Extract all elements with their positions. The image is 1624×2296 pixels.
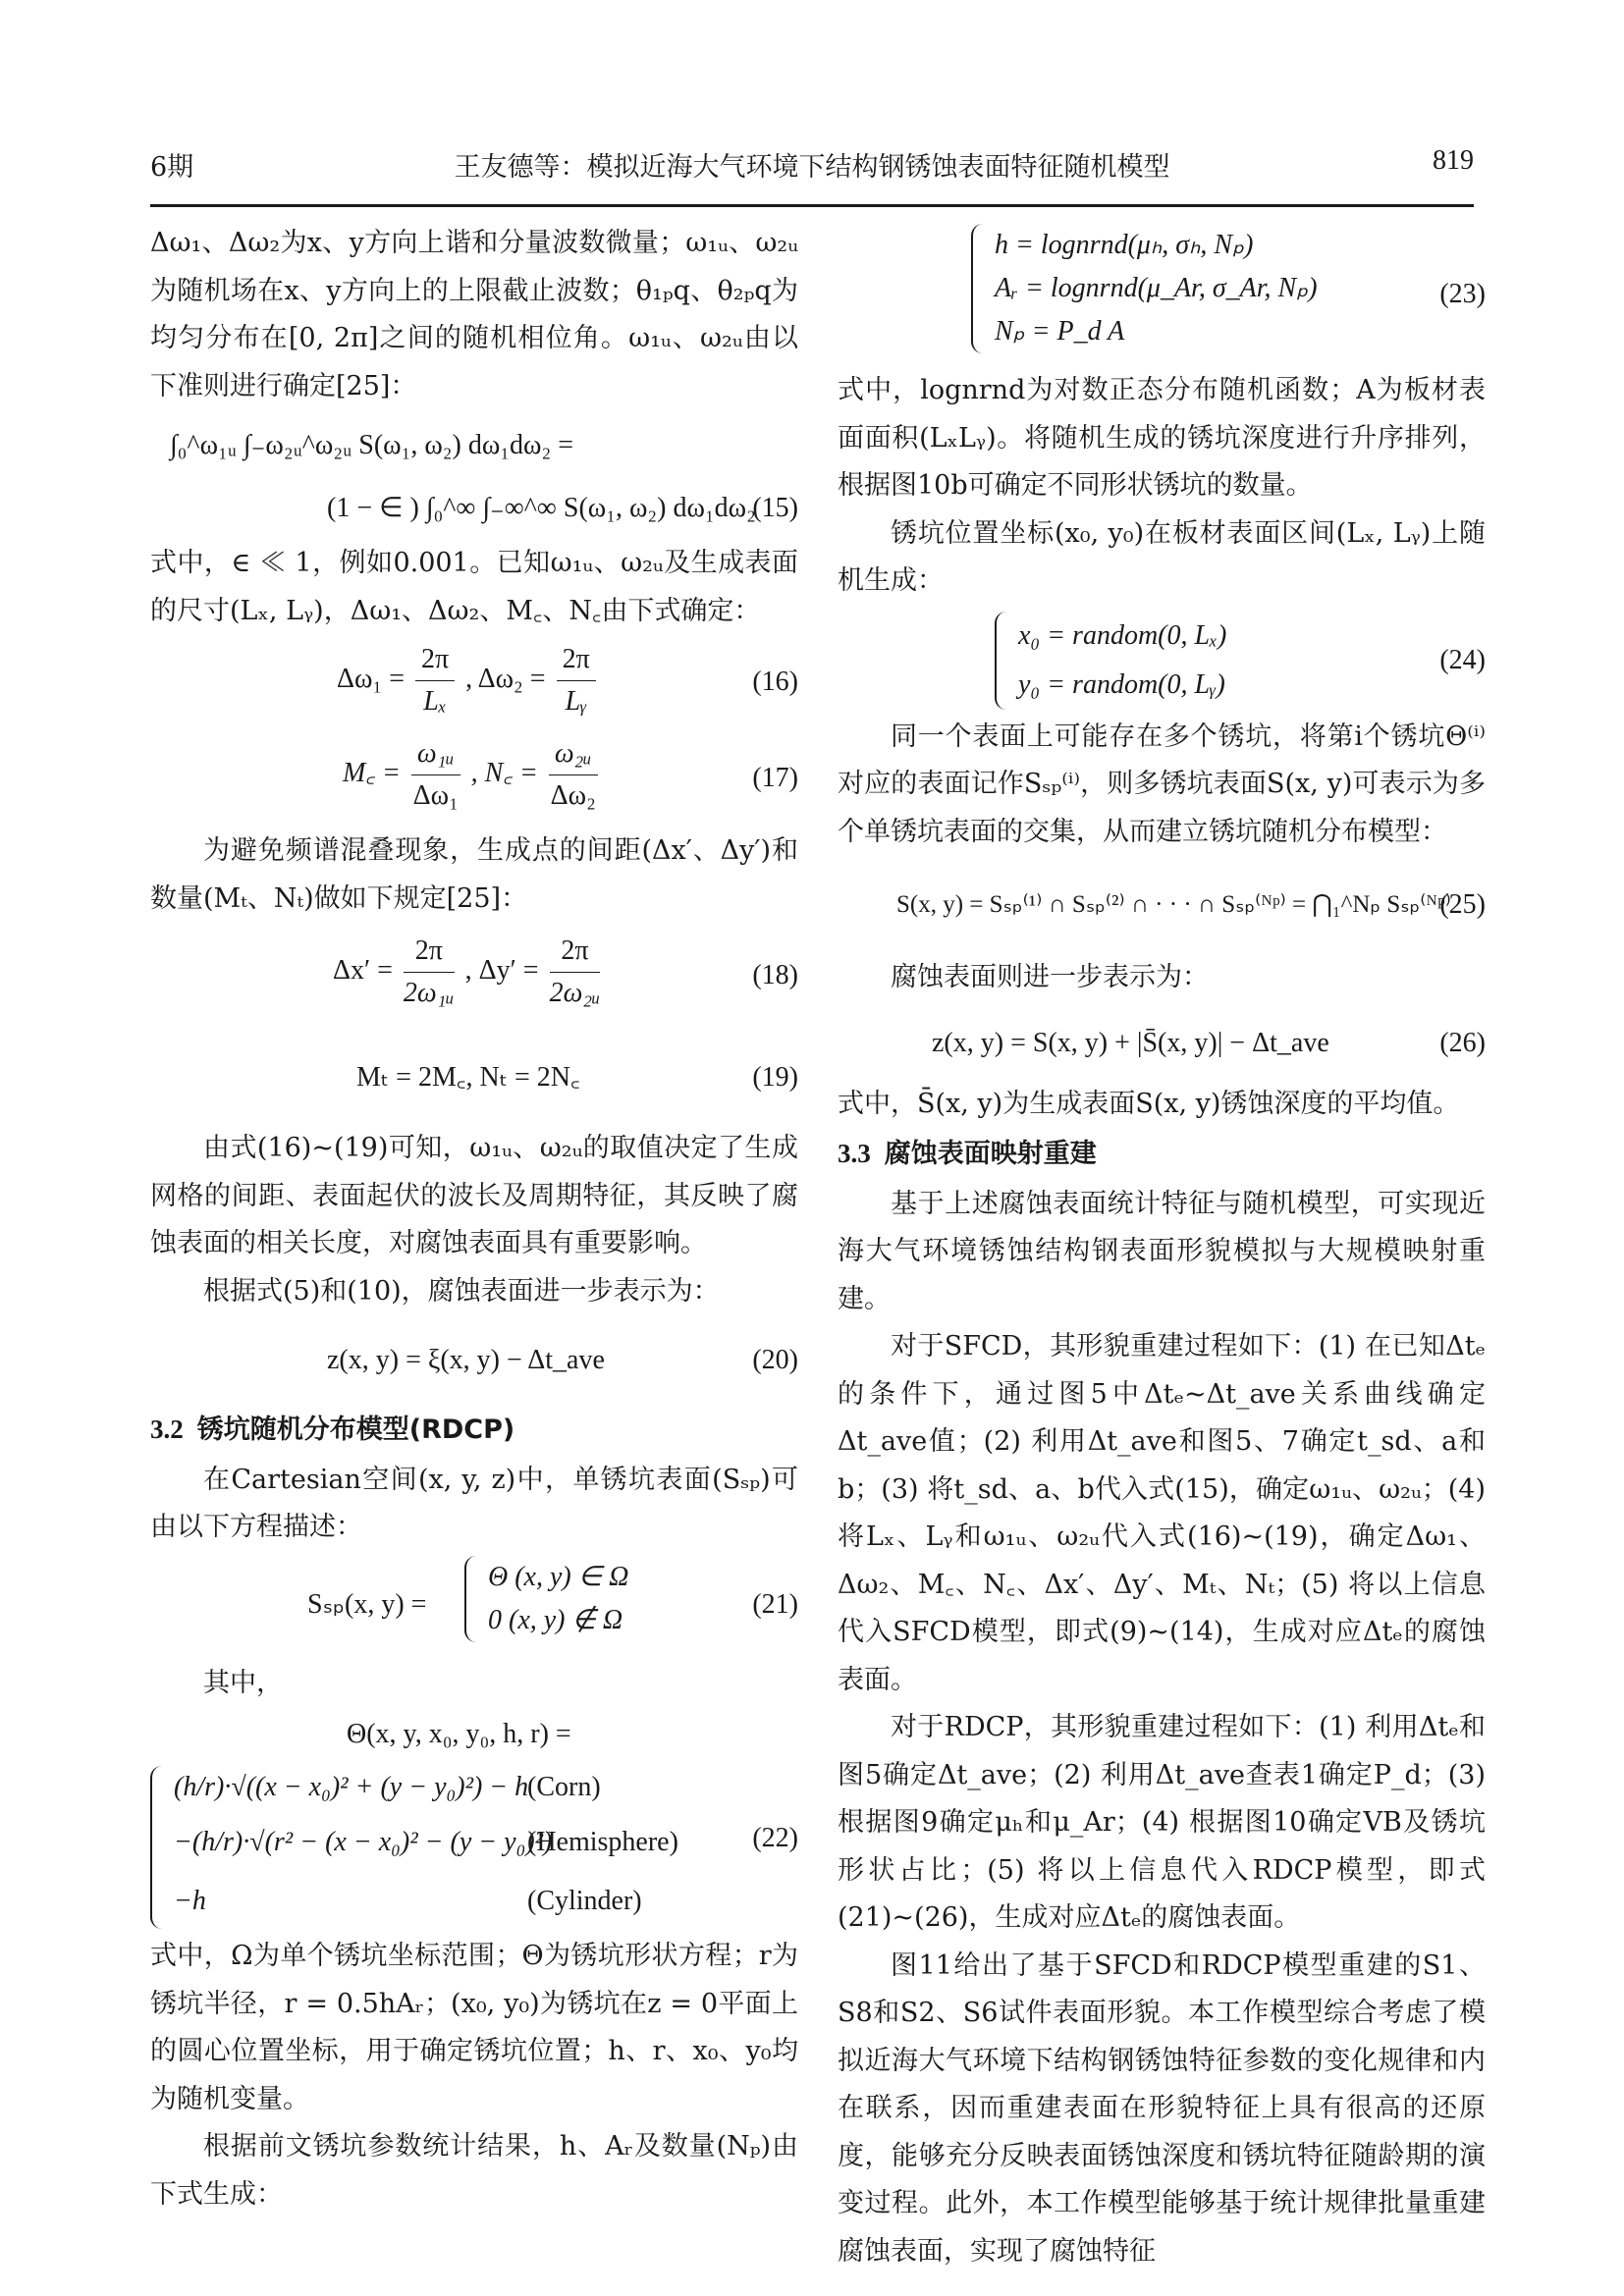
equation-number: (16) xyxy=(752,659,798,707)
section-heading-3-2: 3.2锈坑随机分布模型(RDCP) xyxy=(150,1406,798,1455)
paragraph: 根据前文锈坑参数统计结果，h、Aᵣ及数量(Nₚ)由下式生成： xyxy=(150,2123,798,2218)
section-heading-3-3: 3.3腐蚀表面映射重建 xyxy=(838,1130,1486,1179)
equation-number: (25) xyxy=(1439,881,1486,930)
equation-16: Δω₁ = 2πLₓ , Δω₂ = 2πLᵧ (16) xyxy=(150,635,798,729)
cases-brace: x₀ = random(0, Lₓ) y₀ = random(0, Lᵧ) xyxy=(995,612,1226,710)
equation-26: z(x, y) = S(x, y) + |S̄(x, y)| − Δt_ave … xyxy=(838,1002,1486,1081)
running-title: 王友德等：模拟近海大气环境下结构钢锈蚀表面特征随机模型 xyxy=(150,145,1474,184)
case-cylinder: −h (Cylinder) xyxy=(174,1880,724,1929)
paragraph: 式中，Ω为单个锈坑坐标范围；Θ为锈坑形状方程；r为锈坑半径，r = 0.5hAᵣ… xyxy=(150,1933,798,2123)
equation-21: Sₛₚ(x, y) = Θ (x, y) ∈ Ω 0 (x, y) ∉ Ω (2… xyxy=(150,1552,798,1660)
equation-number: (23) xyxy=(1439,271,1486,319)
equation-15-line1: ∫₀^ω₁ᵤ ∫₋ω₂ᵤ^ω₂ᵤ S(ω₁, ω₂) dω₁dω₂ = xyxy=(150,410,798,475)
equation-22: (h/r)·√((x − x₀)² + (y − y₀)²) − h (Corn… xyxy=(150,1766,798,1933)
cases-brace: h = lognrnd(μₕ, σₕ, Nₚ) Aᵣ = lognrnd(μ_A… xyxy=(971,224,1318,353)
paragraph: 式中，S̄(x, y)为生成表面S(x, y)锈蚀深度的平均值。 xyxy=(838,1081,1486,1129)
running-header: 6期 王友德等：模拟近海大气环境下结构钢锈蚀表面特征随机模型 819 xyxy=(150,137,1474,187)
equation-number: (17) xyxy=(752,755,798,803)
right-column: h = lognrnd(μₕ, σₕ, Nₚ) Aᵣ = lognrnd(μ_A… xyxy=(838,220,1486,2275)
equation-number: (26) xyxy=(1439,1020,1486,1068)
paragraph: 腐蚀表面则进一步表示为： xyxy=(838,954,1486,1002)
case-corn: (h/r)·√((x − x₀)² + (y − y₀)²) − h (Corn… xyxy=(174,1766,724,1821)
equation-17: M꜀ = ω₁ᵤΔω₁ , N꜀ = ω₂ᵤΔω₂ (17) xyxy=(150,729,798,828)
paragraph: 其中， xyxy=(150,1660,798,1708)
equation-number: (22) xyxy=(752,1815,798,1863)
paragraph: 锈坑位置坐标(x₀, y₀)在板材表面区间(Lₓ, Lᵧ)上随机生成： xyxy=(838,510,1486,606)
equation-number: (21) xyxy=(752,1581,798,1629)
paragraph: Δω₁、Δω₂为x、y方向上谐和分量波数微量；ω₁ᵤ、ω₂ᵤ为随机场在x、y方向… xyxy=(150,220,798,410)
equation-number: (20) xyxy=(752,1337,798,1385)
paragraph: 对于RDCP，其形貌重建过程如下：(1) 利用Δtₑ和图5确定Δt_ave；(2… xyxy=(838,1704,1486,1943)
equation-number: (18) xyxy=(752,952,798,1000)
equation-25: S(x, y) = Sₛₚ⁽¹⁾ ∩ Sₛₚ⁽²⁾ ∩ · · · ∩ Sₛₚ⁽… xyxy=(838,856,1486,954)
equation-24: x₀ = random(0, Lₓ) y₀ = random(0, Lᵧ) (2… xyxy=(838,606,1486,714)
equation-19: Mₜ = 2M꜀, Nₜ = 2N꜀ (19) xyxy=(150,1031,798,1125)
paragraph: 同一个表面上可能存在多个锈坑，将第i个锈坑Θ⁽ⁱ⁾对应的表面记作Sₛₚ⁽ⁱ⁾，则… xyxy=(838,714,1486,857)
paragraph: 根据式(5)和(10)，腐蚀表面进一步表示为： xyxy=(150,1268,798,1316)
paragraph: 对于SFCD，其形貌重建过程如下：(1) 在已知Δtₑ的条件下，通过图5中Δtₑ… xyxy=(838,1323,1486,1704)
equation-18: Δx′ = 2π2ω₁ᵤ , Δy′ = 2π2ω₂ᵤ (18) xyxy=(150,923,798,1031)
equation-number: (19) xyxy=(752,1054,798,1102)
paragraph: 基于上述腐蚀表面统计特征与随机模型，可实现近海大气环境锈蚀结构钢表面形貌模拟与大… xyxy=(838,1181,1486,1324)
left-column: Δω₁、Δω₂为x、y方向上谐和分量波数微量；ω₁ᵤ、ω₂ᵤ为随机场在x、y方向… xyxy=(150,220,798,2218)
header-rule xyxy=(150,204,1474,207)
paragraph: 由式(16)~(19)可知，ω₁ᵤ、ω₂ᵤ的取值决定了生成网格的间距、表面起伏的… xyxy=(150,1125,798,1268)
cases-brace: (h/r)·√((x − x₀)² + (y − y₀)²) − h (Corn… xyxy=(150,1766,724,1929)
equation-22-head: Θ(x, y, x₀, y₀, h, r) = xyxy=(150,1707,798,1766)
paragraph: 为避免频谱混叠现象，生成点的间距(Δx′、Δy′)和数量(Mₜ、Nₜ)做如下规定… xyxy=(150,828,798,923)
page-number: 819 xyxy=(1433,145,1474,177)
equation-15-line2: (1 − ∈ ) ∫₀^∞ ∫₋∞^∞ S(ω₁, ω₂) dω₁dω₂ (15… xyxy=(150,475,798,540)
equation-number: (15) xyxy=(752,485,798,533)
case-hemisphere: −(h/r)·√(r² − (x − x₀)² − (y − y₀)²) (He… xyxy=(174,1821,724,1880)
equation-number: (24) xyxy=(1439,637,1486,685)
paragraph: 式中，lognrnd为对数正态分布随机函数；A为板材表面面积(LₓLᵧ)。将随机… xyxy=(838,367,1486,510)
paragraph: 在Cartesian空间(x, y, z)中，单锈坑表面(Sₛₚ)可由以下方程描… xyxy=(150,1457,798,1552)
paragraph: 图11给出了基于SFCD和RDCP模型重建的S1、S8和S2、S6试件表面形貌。… xyxy=(838,1943,1486,2276)
cases-brace: Θ (x, y) ∈ Ω 0 (x, y) ∉ Ω xyxy=(464,1556,628,1642)
equation-23: h = lognrnd(μₕ, σₕ, Nₚ) Aᵣ = lognrnd(μ_A… xyxy=(838,220,1486,367)
paragraph: 式中，∈ ≪ 1，例如0.001。已知ω₁ᵤ、ω₂ᵤ及生成表面的尺寸(Lₓ, L… xyxy=(150,540,798,635)
equation-20: z(x, y) = ξ(x, y) − Δt_ave (20) xyxy=(150,1315,798,1404)
